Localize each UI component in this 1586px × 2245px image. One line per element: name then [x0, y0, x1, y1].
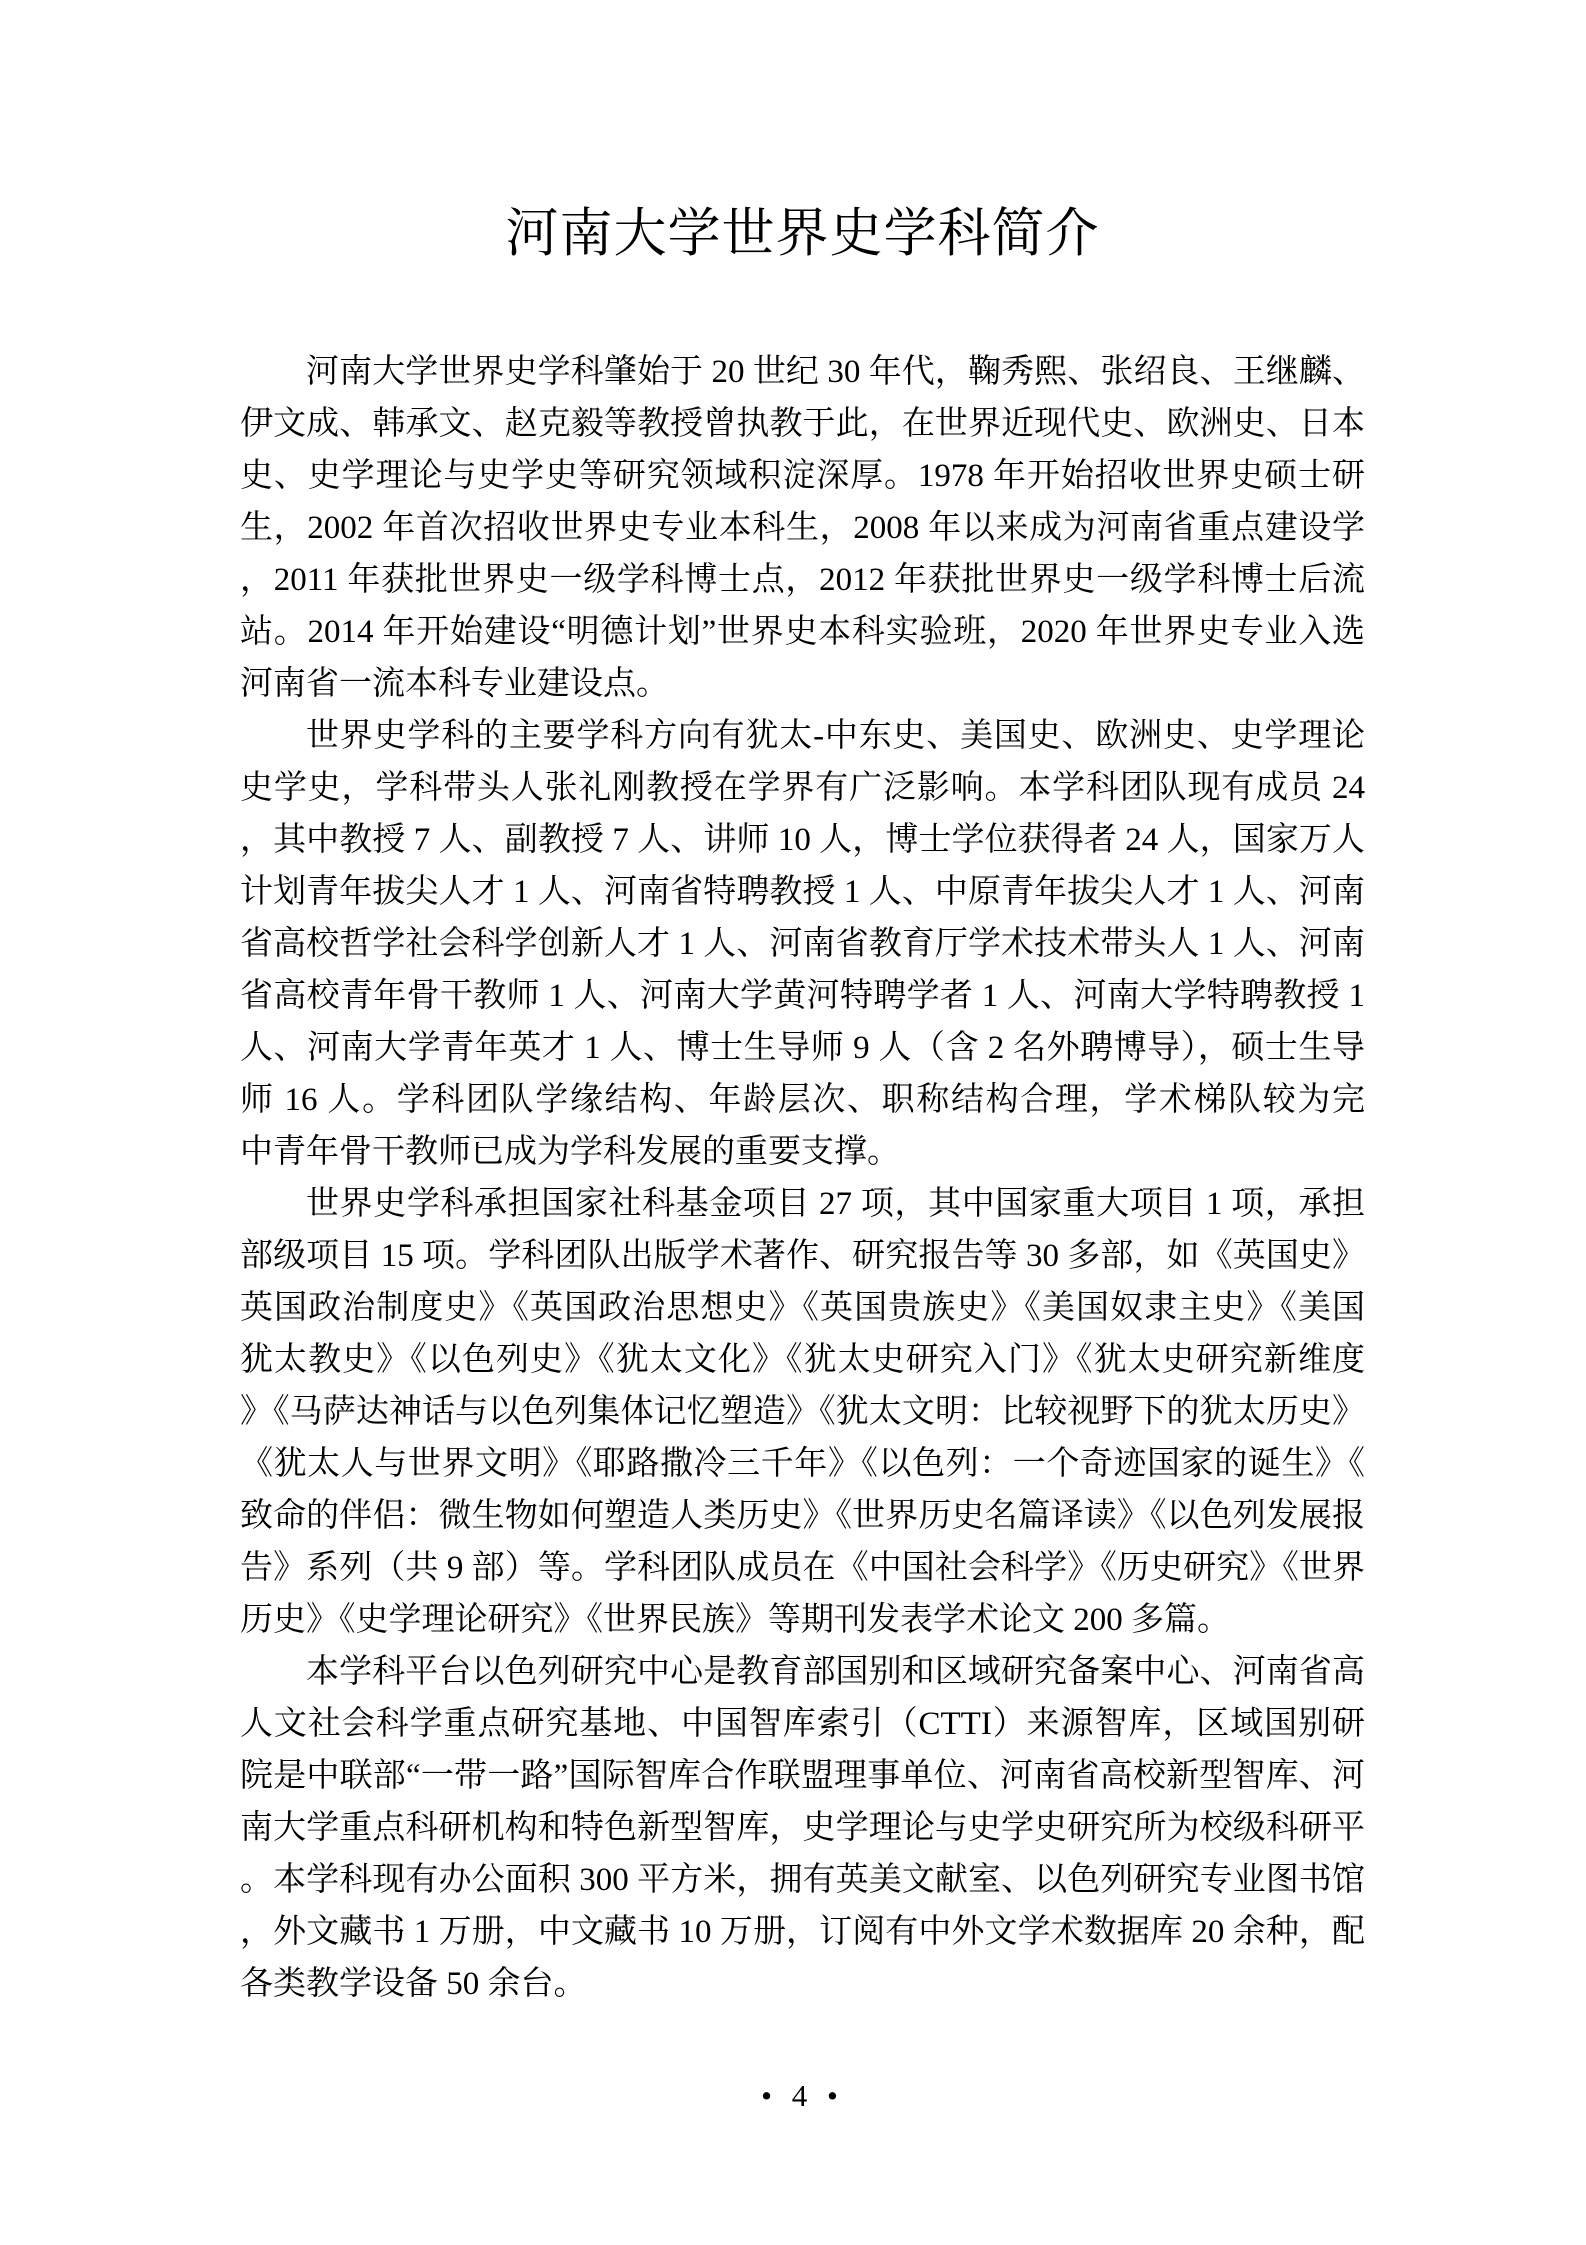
text-line: 院是中联部“一带一路”国际智库合作联盟理事单位、河南省高校新型智库、河: [240, 1750, 1365, 1802]
text-line: ，外文藏书 1 万册，中文藏书 10 万册，订阅有中外文学术数据库 20 余种，…: [240, 1906, 1365, 1958]
text-line: 人、河南大学青年英才 1 人、博士生导师 9 人（含 2 名外聘博导），硕士生导: [240, 1022, 1365, 1074]
page-title: 河南大学世界史学科简介: [240, 206, 1365, 262]
text-line: 生，2002 年首次招收世界史专业本科生，2008 年以来成为河南省重点建设学科: [240, 502, 1365, 554]
text-line: 站。2014 年开始建设“明德计划”世界史本科实验班，2020 年世界史专业入选: [240, 606, 1365, 658]
text-line: 河南省一流本科专业建设点。: [240, 658, 1365, 710]
text-line: 世界史学科承担国家社科基金项目 27 项，其中国家重大项目 1 项，承担省: [240, 1178, 1365, 1230]
text-line: 南大学重点科研机构和特色新型智库，史学理论与史学史研究所为校级科研平台: [240, 1802, 1365, 1854]
text-line: 师 16 人。学科团队学缘结构、年龄层次、职称结构合理，学术梯队较为完整，: [240, 1074, 1365, 1126]
text-line: 中青年骨干教师已成为学科发展的重要支撑。: [240, 1126, 1365, 1178]
document-body: 河南大学世界史学科肇始于 20 世纪 30 年代，鞠秀熙、张绍良、王继麟、伊文成…: [240, 346, 1365, 2010]
text-line: 》《马萨达神话与以色列集体记忆塑造》《犹太文明：比较视野下的犹太历史》: [240, 1386, 1365, 1438]
text-line: 各类教学设备 50 余台。: [240, 1958, 1365, 2010]
text-line: 部级项目 15 项。学科团队出版学术著作、研究报告等 30 多部，如《英国史》《: [240, 1230, 1365, 1282]
text-line: 史、史学理论与史学史等研究领域积淀深厚。1978 年开始招收世界史硕士研究: [240, 450, 1365, 502]
text-line: 河南大学世界史学科肇始于 20 世纪 30 年代，鞠秀熙、张绍良、王继麟、: [240, 346, 1365, 398]
page-footer: • 4 •: [240, 2078, 1365, 2114]
text-line: 省高校青年骨干教师 1 人、河南大学黄河特聘学者 1 人、河南大学特聘教授 1: [240, 970, 1365, 1022]
text-line: 世界史学科的主要学科方向有犹太-中东史、美国史、欧洲史、史学理论与: [240, 710, 1365, 762]
text-line: 告》系列（共 9 部）等。学科团队成员在《中国社会科学》《历史研究》《世界: [240, 1542, 1365, 1594]
text-line: 伊文成、韩承文、赵克毅等教授曾执教于此，在世界近现代史、欧洲史、日本: [240, 398, 1365, 450]
paragraph: 河南大学世界史学科肇始于 20 世纪 30 年代，鞠秀熙、张绍良、王继麟、伊文成…: [240, 346, 1365, 710]
text-line: ，其中教授 7 人、副教授 7 人、讲师 10 人，博士学位获得者 24 人，国…: [240, 814, 1365, 866]
text-line: 计划青年拔尖人才 1 人、河南省特聘教授 1 人、中原青年拔尖人才 1 人、河南: [240, 866, 1365, 918]
text-line: 致命的伴侣：微生物如何塑造人类历史》《世界历史名篇译读》《以色列发展报: [240, 1490, 1365, 1542]
paragraph: 世界史学科的主要学科方向有犹太-中东史、美国史、欧洲史、史学理论与史学史，学科带…: [240, 710, 1365, 1178]
text-line: 英国政治制度史》《英国政治思想史》《英国贵族史》《美国奴隶主史》《美国: [240, 1282, 1365, 1334]
text-line: 《犹太人与世界文明》《耶路撒冷三千年》《以色列：一个奇迹国家的诞生》《: [240, 1438, 1365, 1490]
text-line: 本学科平台以色列研究中心是教育部国别和区域研究备案中心、河南省高校: [240, 1646, 1365, 1698]
document-page: 河南大学世界史学科简介 河南大学世界史学科肇始于 20 世纪 30 年代，鞠秀熙…: [0, 0, 1586, 2245]
text-line: 。本学科现有办公面积 300 平方米，拥有英美文献室、以色列研究专业图书馆等: [240, 1854, 1365, 1906]
text-line: 史学史，学科带头人张礼刚教授在学界有广泛影响。本学科团队现有成员 24 人: [240, 762, 1365, 814]
paragraph: 世界史学科承担国家社科基金项目 27 项，其中国家重大项目 1 项，承担省部级项…: [240, 1178, 1365, 1646]
text-line: 省高校哲学社会科学创新人才 1 人、河南省教育厅学术技术带头人 1 人、河南: [240, 918, 1365, 970]
page-number: • 4 •: [761, 2078, 844, 2113]
paragraph: 本学科平台以色列研究中心是教育部国别和区域研究备案中心、河南省高校人文社会科学重…: [240, 1646, 1365, 2010]
text-line: ，2011 年获批世界史一级学科博士点，2012 年获批世界史一级学科博士后流动: [240, 554, 1365, 606]
text-line: 历史》《史学理论研究》《世界民族》等期刊发表学术论文 200 多篇。: [240, 1594, 1365, 1646]
text-line: 犹太教史》《以色列史》《犹太文化》《犹太史研究入门》《犹太史研究新维度: [240, 1334, 1365, 1386]
text-line: 人文社会科学重点研究基地、中国智库索引（CTTI）来源智库，区域国别研究: [240, 1698, 1365, 1750]
content-area: 河南大学世界史学科简介 河南大学世界史学科肇始于 20 世纪 30 年代，鞠秀熙…: [240, 206, 1365, 2010]
